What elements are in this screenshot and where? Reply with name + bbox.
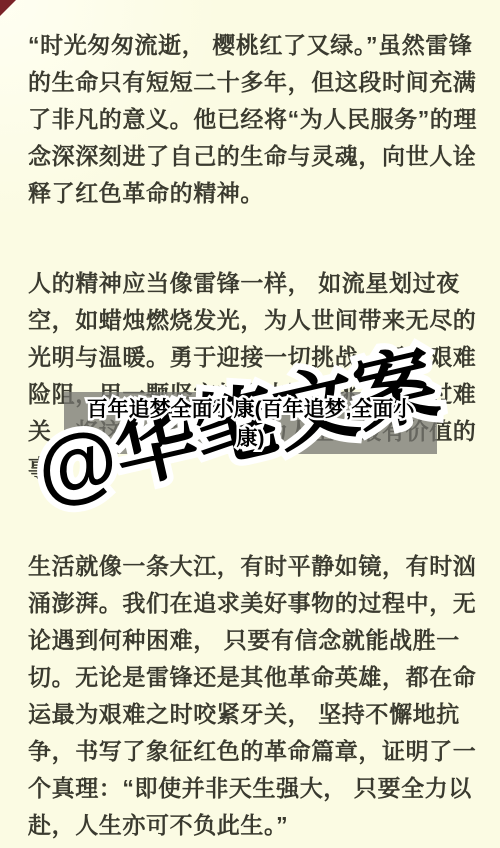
paragraph-3: 生活就像一条大江，有时平静如镜，有时汹 涌澎湃。我们在追求美好事物的过程中，无 … — [28, 548, 478, 844]
paragraph-1: “时光匆匆流逝， 樱桃红了又绿。”虽然雷锋 的生命只有短短二十多年，但这段时间充… — [28, 27, 478, 212]
paragraph-1-line: “时光匆匆流逝， 樱桃红了又绿。”虽然雷锋 — [28, 27, 478, 64]
paragraph-2-line: 人的精神应当像雷锋一样， 如流星划过夜 — [28, 265, 478, 302]
paragraph-3-line: 论遇到何种困难， 只要有信念就能战胜一 — [28, 622, 478, 659]
paragraph-1-line: 了非凡的意义。他已经将“为人民服务”的理 — [28, 101, 478, 138]
paragraph-3-line: 争，书写了象征红色的革命篇章，证明了一 — [28, 733, 478, 770]
page-title: 百年追梦全面小康(百年追梦,全面小 康) — [64, 395, 437, 453]
paragraph-3-line: 涌澎湃。我们在追求美好事物的过程中，无 — [28, 585, 478, 622]
article-page: “时光匆匆流逝， 樱桃红了又绿。”虽然雷锋 的生命只有短短二十多年，但这段时间充… — [0, 0, 500, 848]
page-title-line-1: 百年追梦全面小康(百年追梦,全面小 — [64, 395, 437, 424]
corner-accent-mark — [0, 0, 16, 16]
paragraph-3-line: 赴，人生亦可不负此生。” — [28, 807, 478, 844]
paragraph-3-line: 运最为艰难之时咬紧牙关， 坚持不懈地抗 — [28, 696, 478, 733]
paragraph-3-line: 生活就像一条大江，有时平静如镜，有时汹 — [28, 548, 478, 585]
paragraph-2-line: 空，如蜡烛燃烧发光，为人世间带来无尽的 — [28, 302, 478, 339]
paragraph-1-line: 释了红色革命的精神。 — [28, 175, 478, 212]
paragraph-1-line: 的生命只有短短二十多年，但这段时间充满 — [28, 64, 478, 101]
paragraph-3-line: 切。无论是雷锋还是其他革命英雄，都在命 — [28, 659, 478, 696]
paragraph-1-line: 念深深刻进了自己的生命与灵魂，向世人诠 — [28, 138, 478, 175]
paragraph-3-line: 个真理：“即使并非天生强大， 只要全力以 — [28, 770, 478, 807]
page-title-line-2: 康) — [64, 424, 437, 453]
